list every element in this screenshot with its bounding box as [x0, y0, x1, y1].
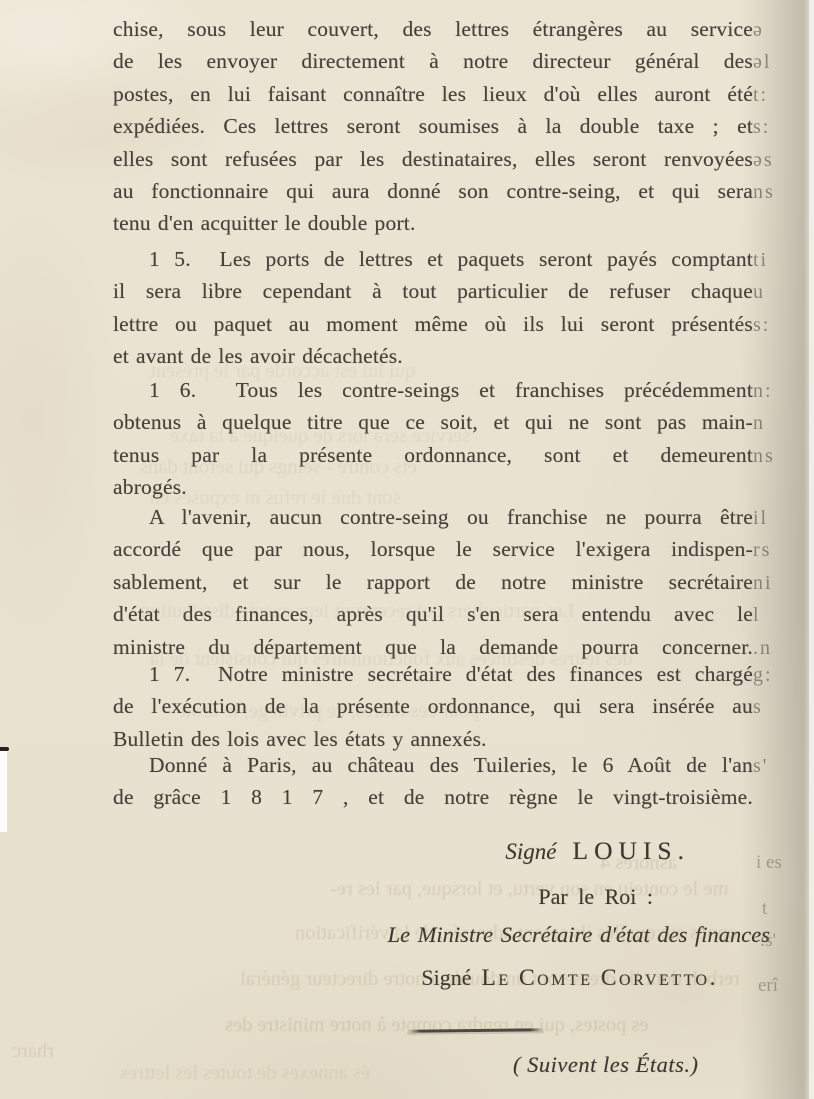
text-line: expédiées. Ces lettres seront soumises à…: [113, 110, 753, 142]
text-line-content: 1 6. Tous les contre-seings et franchise…: [113, 374, 753, 406]
bleed-edge-fragment: ns: [753, 176, 799, 208]
text-line: 1 6. Tous les contre-seings et franchise…: [113, 374, 753, 406]
text-line-content: de grâce 1 8 1 7 , et de notre règne le …: [113, 781, 753, 813]
bleed-edge-fragment: əs: [753, 144, 799, 176]
text-line: et avant de les avoir décachetés.: [113, 340, 753, 372]
bleed-edge-fragment: t:: [753, 79, 799, 111]
text-line-content: de les envoyer directement à notre direc…: [113, 45, 753, 77]
text-line: de l'exécution de la présente ordonnance…: [113, 690, 753, 722]
text-line: de grâce 1 8 1 7 , et de notre règne le …: [113, 781, 753, 813]
bleed-edge-fragment: rs: [753, 534, 799, 566]
scanner-notch: [0, 747, 7, 832]
paragraph-donne: Donné à Paris, au château des Tuileries,…: [113, 749, 753, 814]
text-line: lettre ou paquet au moment même où ils l…: [113, 308, 753, 340]
text-line-content: tenus par la présente ordonnance, sont e…: [113, 439, 753, 471]
signature-corvetto: SignéLe Comte Corvetto.: [421, 965, 718, 992]
bleed-edge-fragment: n: [753, 407, 799, 439]
bleed-edge-fragment: il: [753, 502, 799, 534]
text-line: tenus par la présente ordonnance, sont e…: [113, 439, 753, 471]
text-line: 1 7. Notre ministre secrétaire d'état de…: [113, 658, 753, 690]
article-16-paragraph: 1 6. Tous les contre-seings et franchise…: [113, 374, 753, 504]
text-line: tenu d'en acquitter le double port.: [113, 207, 753, 239]
text-line-content: Donné à Paris, au château des Tuileries,…: [113, 749, 753, 781]
text-line-content: accordé que par nous, lorsque le service…: [113, 533, 753, 565]
bleed-through-text: rharc: [12, 1040, 54, 1063]
article-15-paragraph: 1 5. Les ports de lettres et paquets ser…: [113, 243, 753, 373]
text-line-content: sablement, et sur le rapport de notre mi…: [113, 566, 753, 598]
text-line-content: A l'avenir, aucun contre-seing ou franch…: [113, 501, 753, 533]
bleed-edge-fragment: ni: [753, 567, 799, 599]
text-line-content: 1 5. Les ports de lettres et paquets ser…: [113, 243, 753, 275]
bleed-edge-fragment: əl: [753, 46, 799, 78]
bleed-edge-fragment: l: [753, 599, 799, 631]
signature-louis: SignéLOUIS.: [505, 836, 690, 866]
text-line-content: postes, en lui faisant connaître les lie…: [113, 78, 753, 110]
text-line-content: elles sont refusées par les destinataire…: [113, 143, 753, 175]
text-line-content: lettre ou paquet au moment même où ils l…: [113, 308, 753, 340]
separator-rule: [407, 1028, 544, 1032]
text-line-content: de l'exécution de la présente ordonnance…: [113, 690, 753, 722]
page-edge-strip: [809, 0, 814, 1099]
paragraph-continuation: chise, sous leur couvert, des lettres ét…: [113, 13, 753, 240]
text-line: elles sont refusées par les destinataire…: [113, 143, 753, 175]
text-line: de les envoyer directement à notre direc…: [113, 45, 753, 77]
text-line: obtenus à quelque titre que ce soit, et …: [113, 406, 753, 438]
minister-title-line: Le Ministre Secrétaire d'état des financ…: [388, 922, 770, 948]
text-line-content: chise, sous leur couvert, des lettres ét…: [113, 13, 753, 45]
bleed-edge-fragment: u: [753, 276, 799, 308]
text-line-content: au fonctionnaire qui aura donné son cont…: [113, 175, 753, 207]
signe-label: Signé: [421, 965, 471, 990]
bleed-edge-fragment: ə: [753, 14, 799, 46]
text-line: sablement, et sur le rapport de notre mi…: [113, 566, 753, 598]
text-line-content: expédiées. Ces lettres seront soumises à…: [113, 110, 753, 142]
text-line: d'état des finances, après qu'il s'en se…: [113, 598, 753, 630]
bleed-edge-fragment: s': [753, 750, 799, 782]
bleed-edge-fragment: s:: [753, 111, 799, 143]
text-line-content: et avant de les avoir décachetés.: [113, 340, 753, 372]
text-line: il sera libre cependant à tout particuli…: [113, 275, 753, 307]
text-line: Donné à Paris, au château des Tuileries,…: [113, 749, 753, 781]
text-line-content: abrogés.: [113, 471, 753, 503]
signe-label: Signé: [505, 839, 556, 864]
text-line-content: il sera libre cependant à tout particuli…: [113, 275, 753, 307]
bleed-edge-fragment: ns: [753, 440, 799, 472]
bleed-edge-fragment: s: [753, 691, 799, 723]
text-line: au fonctionnaire qui aura donné son cont…: [113, 175, 753, 207]
bleed-edge-fragment: g:: [753, 659, 799, 691]
text-line: abrogés.: [113, 471, 753, 503]
paragraph-avenir: A l'avenir, aucun contre-seing ou franch…: [113, 501, 753, 663]
text-line: accordé que par nous, lorsque le service…: [113, 533, 753, 565]
bleed-edge-fragment: n:: [753, 375, 799, 407]
text-line-content: obtenus à quelque titre que ce soit, et …: [113, 406, 753, 438]
article-17-paragraph: 1 7. Notre ministre secrétaire d'état de…: [113, 658, 753, 755]
text-line-content: d'état des finances, après qu'il s'en se…: [113, 598, 753, 630]
suivent-les-etats-line: ( Suivent les États.): [513, 1052, 698, 1078]
king-name: LOUIS.: [573, 836, 690, 865]
scanned-page: chise, sous leur couvert, des lettres ét…: [0, 0, 814, 1099]
minister-name: Le Comte Corvetto.: [481, 965, 718, 991]
bleed-through-text: me le conteiu en son vertu, et lorsque, …: [330, 878, 728, 901]
bleed-through-text: es postes, qui en rendra compte à notre …: [225, 1014, 649, 1037]
bleed-edge-fragment: ti: [753, 244, 799, 276]
text-line: A l'avenir, aucun contre-seing ou franch…: [113, 501, 753, 533]
text-line: 1 5. Les ports de lettres et paquets ser…: [113, 243, 753, 275]
scanner-notch-mark: [0, 747, 9, 751]
text-line-content: tenu d'en acquitter le double port.: [113, 207, 753, 239]
bleed-edge-fragment: s:: [753, 309, 799, 341]
text-line: chise, sous leur couvert, des lettres ét…: [113, 13, 753, 45]
text-line: postes, en lui faisant connaître les lie…: [113, 78, 753, 110]
par-le-roi-line: Par le Roi :: [538, 884, 653, 910]
bleed-through-text: és annexes de toutes les lettres: [120, 1062, 370, 1085]
text-line-content: 1 7. Notre ministre secrétaire d'état de…: [113, 658, 753, 690]
